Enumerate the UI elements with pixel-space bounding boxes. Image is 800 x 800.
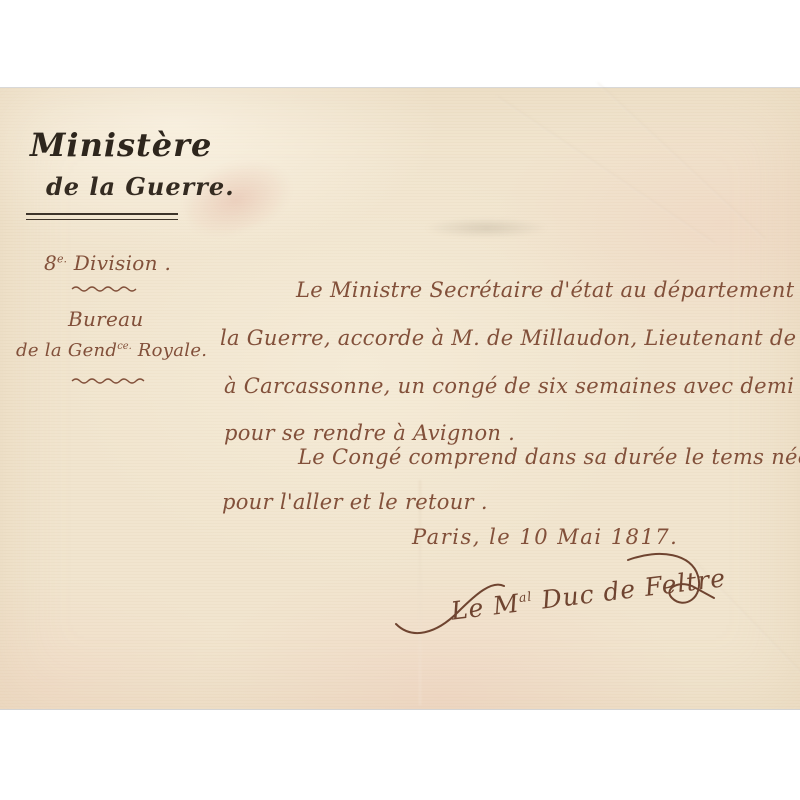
body-line-2: la Guerre, accorde à M. de Millaudon, Li… — [220, 326, 800, 350]
ink-bleed-mark — [424, 218, 549, 238]
paper-crease — [597, 82, 767, 240]
letterhead-ministry: Ministère — [30, 126, 212, 164]
body-line-2-base: la Guerre, accorde à M. de Millaudon, Li… — [220, 326, 800, 350]
signature-block: Le Mal Duc de Feltre — [392, 546, 728, 646]
margin-service: de la Gendce. Royale. — [16, 340, 207, 361]
body-line-1: Le Ministre Secrétaire d'état au départe… — [296, 278, 800, 302]
aged-paper-sheet: Ministère de la Guerre. 8e. Division . B… — [0, 88, 800, 709]
squiggle-divider — [70, 284, 142, 294]
squiggle-divider — [70, 376, 146, 386]
body-line-4: pour se rendre à Avignon . — [224, 421, 515, 445]
margin-division: 8e. Division . — [44, 251, 171, 275]
margin-bureau: Bureau — [68, 307, 144, 331]
margin-service-sup: ce. — [117, 341, 132, 352]
margin-division-sup: e. — [57, 252, 67, 265]
scanned-letter-page: Ministère de la Guerre. 8e. Division . B… — [0, 0, 800, 800]
margin-service-rest: Royale. — [132, 340, 208, 361]
body-line-6: pour l'aller et le retour . — [222, 490, 488, 514]
margin-division-base: 8 — [44, 251, 57, 275]
margin-division-rest: Division . — [67, 251, 171, 275]
body-line-3: à Carcassonne, un congé de six semaines … — [224, 374, 800, 398]
margin-service-base: de la Gend — [16, 340, 117, 361]
letterhead-department: de la Guerre. — [46, 172, 235, 201]
body-line-5: Le Congé comprend dans sa durée le tems … — [298, 445, 800, 469]
letterhead-rule — [26, 213, 178, 220]
